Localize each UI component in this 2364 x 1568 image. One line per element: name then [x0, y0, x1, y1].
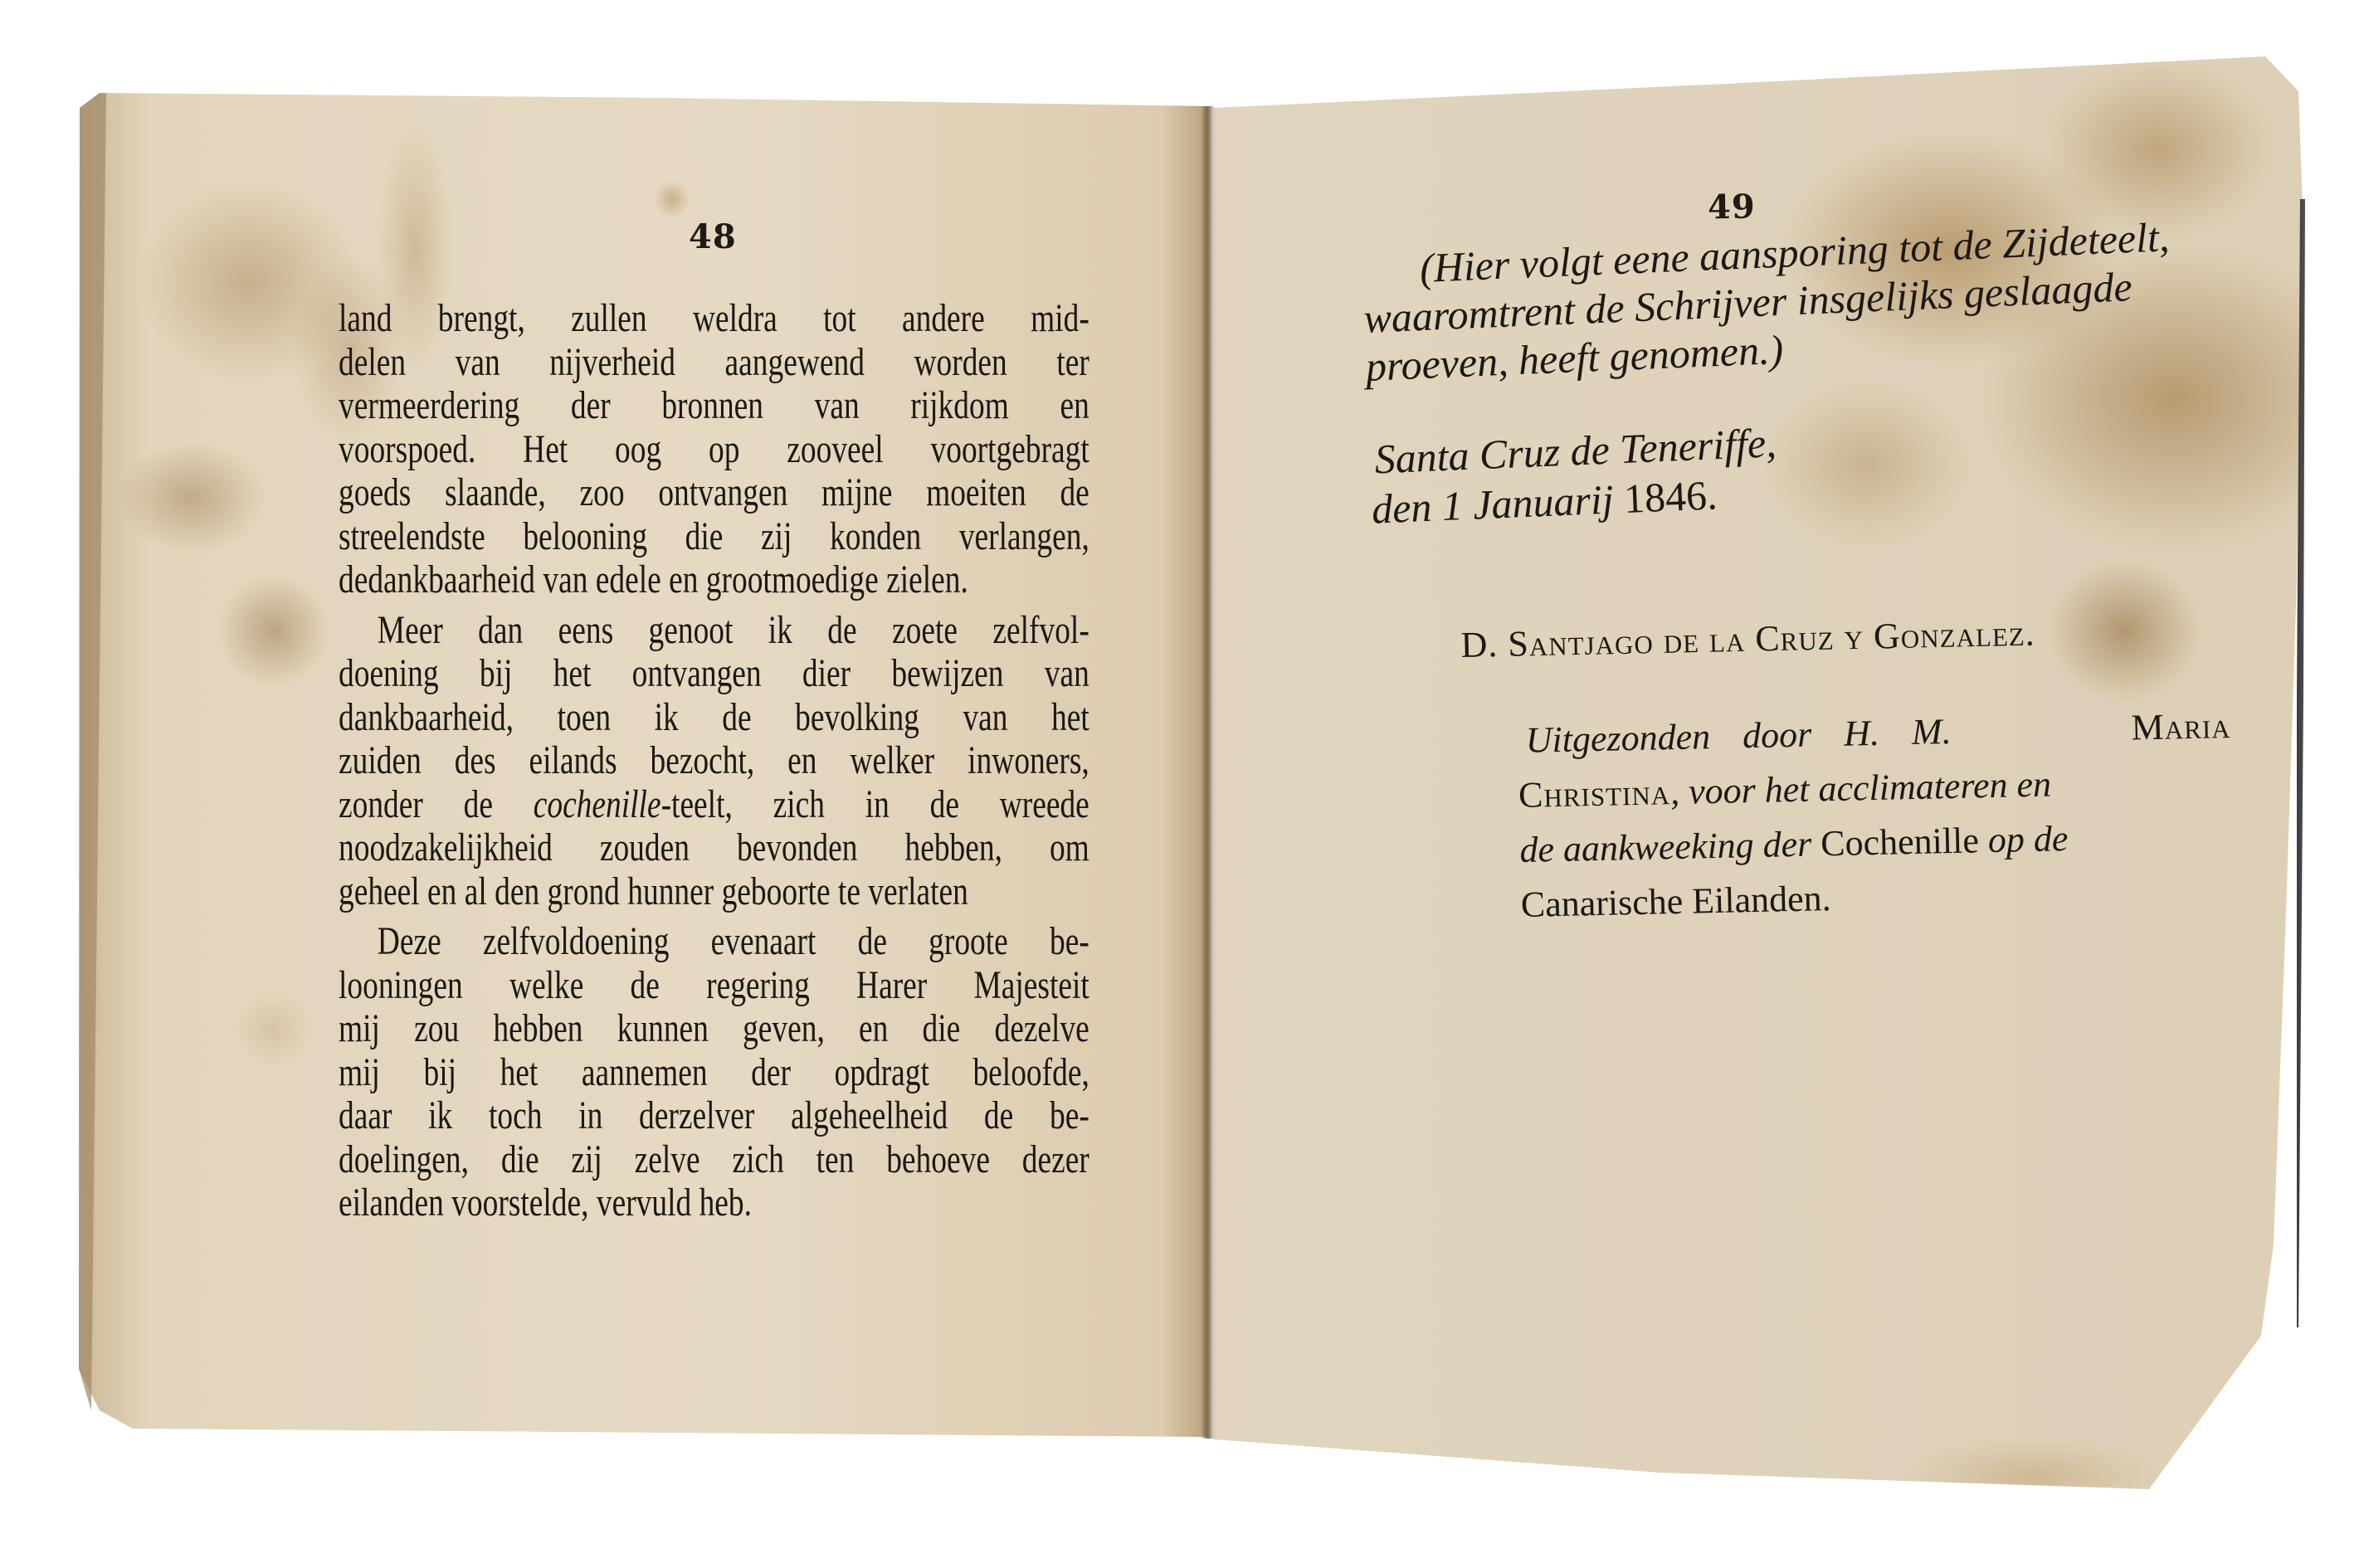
right-page-text: (Hier volgt eene aansporing tot de Zijde…: [1361, 214, 2201, 531]
commission-note: Uitgezonden door H. M. Maria Christina, …: [1517, 699, 2251, 933]
right-page-number: 49: [1708, 187, 1756, 227]
text-line: geheel en al den grond hunner geboorte t…: [339, 870, 1089, 914]
book-spread: 48 land brengt, zullen weldra tot andere…: [0, 0, 2364, 1568]
text-line: vermeerdering der bronnen van rijkdom en: [339, 384, 1089, 428]
text-line: daar ik toch in derzelver algeheelheid d…: [339, 1094, 1089, 1138]
text-line: streelendste belooning die zij konden ve…: [339, 515, 1089, 559]
text-line: noodzakelijkheid zouden bevonden hebben,…: [339, 826, 1089, 870]
text-line: zuiden des eilands bezocht, en welker in…: [339, 739, 1089, 783]
text-line: mij bij het aannemen der opdragt beloofd…: [339, 1051, 1089, 1095]
commission-text: de aankweeking der: [1519, 824, 1812, 870]
text-line: doening bij het ontvangen dier bewijzen …: [339, 652, 1089, 696]
commission-text: Christina: [1518, 772, 1671, 816]
text-line: Deze zelfvoldoening evenaart de groote b…: [339, 920, 1089, 964]
commission-text: Cochenille: [1821, 820, 1980, 864]
date-year: 1846.: [1623, 471, 1718, 522]
commission-text: Canarische Eilanden.: [1520, 878, 1831, 925]
commission-text: Maria: [2131, 699, 2231, 755]
left-page-number: 48: [689, 217, 737, 256]
text-line: land brengt, zullen weldra tot andere mi…: [339, 297, 1089, 341]
commission-text: op de: [1987, 818, 2069, 860]
text-line: eilanden voorstelde, vervuld heb.: [339, 1181, 1089, 1225]
text-line: delen van nijverheid aangewend worden te…: [339, 341, 1089, 385]
text-line: goeds slaande, zoo ontvangen mijne moeit…: [339, 471, 1089, 515]
text-line: doelingen, die zij zelve zich ten behoev…: [339, 1138, 1089, 1182]
text-line: dedankbaarheid van edele en grootmoedige…: [339, 558, 1089, 602]
text-line-with-italic: zonder de cochenille-teelt, zich in de w…: [339, 783, 1089, 827]
text-line: Meer dan eens genoot ik de zoete zelfvol…: [339, 609, 1089, 653]
commission-text: , voor het acclimateren en: [1670, 764, 2052, 813]
left-page-text: land brengt, zullen weldra tot andere mi…: [339, 297, 928, 1225]
text-line: dankbaarheid, toen ik de bevolking van h…: [339, 696, 1089, 740]
text-line: voorspoed. Het oog op zooveel voortgebra…: [339, 428, 1089, 472]
book-spine-gutter: [1201, 106, 1215, 1439]
text-line: mij zou hebben kunnen geven, en die deze…: [339, 1007, 1089, 1051]
italic-term: cochenille: [534, 782, 661, 826]
text-line: looningen welke de regering Harer Majest…: [339, 964, 1089, 1008]
commission-text: Uitgezonden door H. M.: [1525, 704, 1952, 768]
